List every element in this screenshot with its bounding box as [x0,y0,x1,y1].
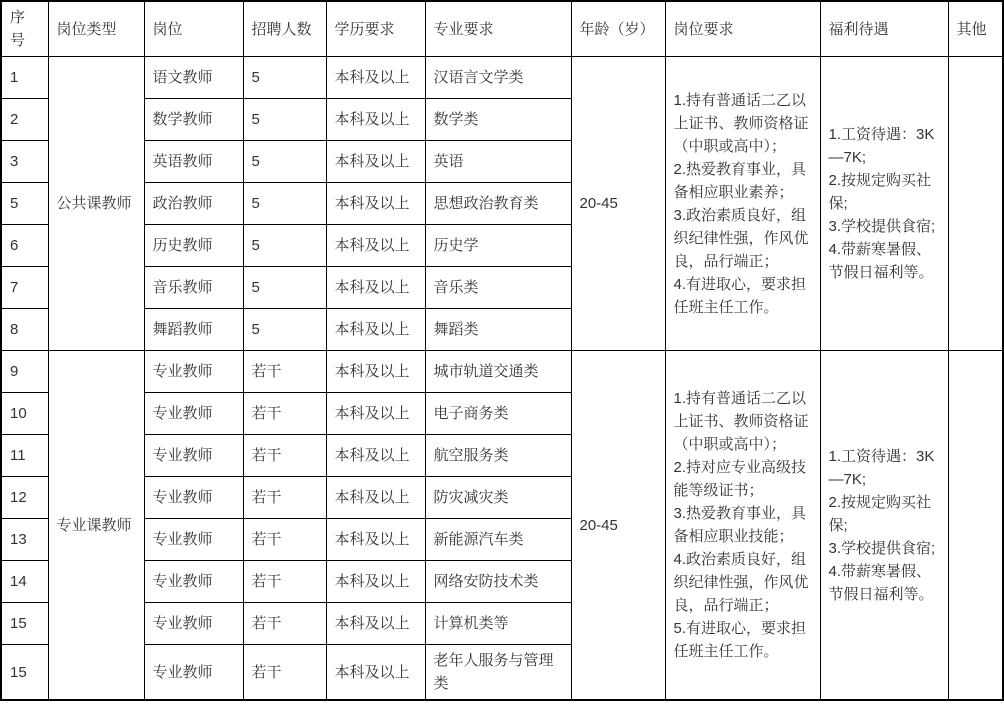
cell-serial: 8 [1,309,48,351]
header-education: 学历要求 [326,1,425,57]
cell-major: 防灾减灾类 [425,477,571,519]
cell-major: 航空服务类 [425,435,571,477]
cell-position: 专业教师 [144,477,243,519]
cell-serial: 2 [1,99,48,141]
cell-serial: 11 [1,435,48,477]
cell-major: 新能源汽车类 [425,519,571,561]
header-recruit-count: 招聘人数 [243,1,326,57]
header-row: 序号 岗位类型 岗位 招聘人数 学历要求 专业要求 年龄（岁） 岗位要求 福利待… [1,1,1003,57]
cell-serial: 9 [1,351,48,393]
cell-major: 电子商务类 [425,393,571,435]
cell-recruit-count: 5 [243,57,326,99]
cell-serial: 6 [1,225,48,267]
cell-recruit-count: 若干 [243,435,326,477]
cell-position: 专业教师 [144,435,243,477]
cell-education: 本科及以上 [326,477,425,519]
cell-major: 汉语言文学类 [425,57,571,99]
cell-position: 专业教师 [144,603,243,645]
cell-recruit-count: 5 [243,141,326,183]
cell-serial: 13 [1,519,48,561]
cell-position: 历史教师 [144,225,243,267]
cell-recruit-count: 5 [243,99,326,141]
cell-education: 本科及以上 [326,141,425,183]
cell-education: 本科及以上 [326,225,425,267]
cell-position: 音乐教师 [144,267,243,309]
cell-serial: 12 [1,477,48,519]
cell-serial: 3 [1,141,48,183]
cell-education: 本科及以上 [326,351,425,393]
cell-education: 本科及以上 [326,435,425,477]
cell-major: 舞蹈类 [425,309,571,351]
cell-recruit-count: 若干 [243,561,326,603]
cell-education: 本科及以上 [326,519,425,561]
header-major: 专业要求 [425,1,571,57]
cell-major: 英语 [425,141,571,183]
cell-position: 英语教师 [144,141,243,183]
cell-age: 20-45 [571,351,665,701]
cell-recruit-count: 若干 [243,393,326,435]
cell-position-type: 专业课教师 [48,351,144,701]
cell-education: 本科及以上 [326,267,425,309]
cell-education: 本科及以上 [326,57,425,99]
cell-position: 政治教师 [144,183,243,225]
cell-recruit-count: 若干 [243,645,326,701]
cell-serial: 15 [1,603,48,645]
cell-position: 专业教师 [144,519,243,561]
cell-recruit-count: 若干 [243,477,326,519]
cell-education: 本科及以上 [326,645,425,701]
header-benefits: 福利待遇 [820,1,948,57]
cell-recruit-count: 若干 [243,351,326,393]
cell-benefits: 1.工资待遇：3K—7K; 2.按规定购买社保; 3.学校提供食宿; 4.带薪寒… [820,57,948,351]
cell-education: 本科及以上 [326,603,425,645]
cell-serial: 7 [1,267,48,309]
cell-education: 本科及以上 [326,393,425,435]
cell-education: 本科及以上 [326,309,425,351]
cell-recruit-count: 5 [243,183,326,225]
cell-major: 思想政治教育类 [425,183,571,225]
cell-position: 专业教师 [144,351,243,393]
cell-other [948,351,1003,701]
recruitment-table: 序号 岗位类型 岗位 招聘人数 学历要求 专业要求 年龄（岁） 岗位要求 福利待… [0,0,1004,701]
cell-recruit-count: 5 [243,267,326,309]
cell-major: 城市轨道交通类 [425,351,571,393]
header-position: 岗位 [144,1,243,57]
cell-position: 专业教师 [144,393,243,435]
cell-position: 数学教师 [144,99,243,141]
cell-major: 老年人服务与管理类 [425,645,571,701]
header-age: 年龄（岁） [571,1,665,57]
cell-recruit-count: 若干 [243,603,326,645]
cell-recruit-count: 若干 [243,519,326,561]
cell-serial: 5 [1,183,48,225]
header-requirements: 岗位要求 [665,1,820,57]
cell-recruit-count: 5 [243,225,326,267]
cell-serial: 1 [1,57,48,99]
cell-serial: 10 [1,393,48,435]
cell-benefits: 1.工资待遇：3K—7K; 2.按规定购买社保; 3.学校提供食宿; 4.带薪寒… [820,351,948,701]
cell-other [948,57,1003,351]
table-row: 1 公共课教师 语文教师 5 本科及以上 汉语言文学类 20-45 1.持有普通… [1,57,1003,99]
cell-serial: 14 [1,561,48,603]
cell-major: 计算机类等 [425,603,571,645]
recruitment-page: 序号 岗位类型 岗位 招聘人数 学历要求 专业要求 年龄（岁） 岗位要求 福利待… [0,0,1004,727]
cell-position: 专业教师 [144,645,243,701]
cell-major: 数学类 [425,99,571,141]
table-row: 9 专业课教师 专业教师 若干 本科及以上 城市轨道交通类 20-45 1.持有… [1,351,1003,393]
header-serial: 序号 [1,1,48,57]
cell-requirements: 1.持有普通话二乙以上证书、教师资格证（中职或高中）； 2.热爱教育事业，具备相… [665,57,820,351]
cell-age: 20-45 [571,57,665,351]
cell-education: 本科及以上 [326,561,425,603]
cell-serial: 15 [1,645,48,701]
cell-position-type: 公共课教师 [48,57,144,351]
cell-major: 网络安防技术类 [425,561,571,603]
cell-position: 语文教师 [144,57,243,99]
header-position-type: 岗位类型 [48,1,144,57]
cell-position: 专业教师 [144,561,243,603]
header-other: 其他 [948,1,1003,57]
cell-position: 舞蹈教师 [144,309,243,351]
cell-education: 本科及以上 [326,183,425,225]
cell-requirements: 1.持有普通话二乙以上证书、教师资格证（中职或高中）； 2.持对应专业高级技能等… [665,351,820,701]
cell-major: 历史学 [425,225,571,267]
cell-major: 音乐类 [425,267,571,309]
cell-education: 本科及以上 [326,99,425,141]
cell-recruit-count: 5 [243,309,326,351]
